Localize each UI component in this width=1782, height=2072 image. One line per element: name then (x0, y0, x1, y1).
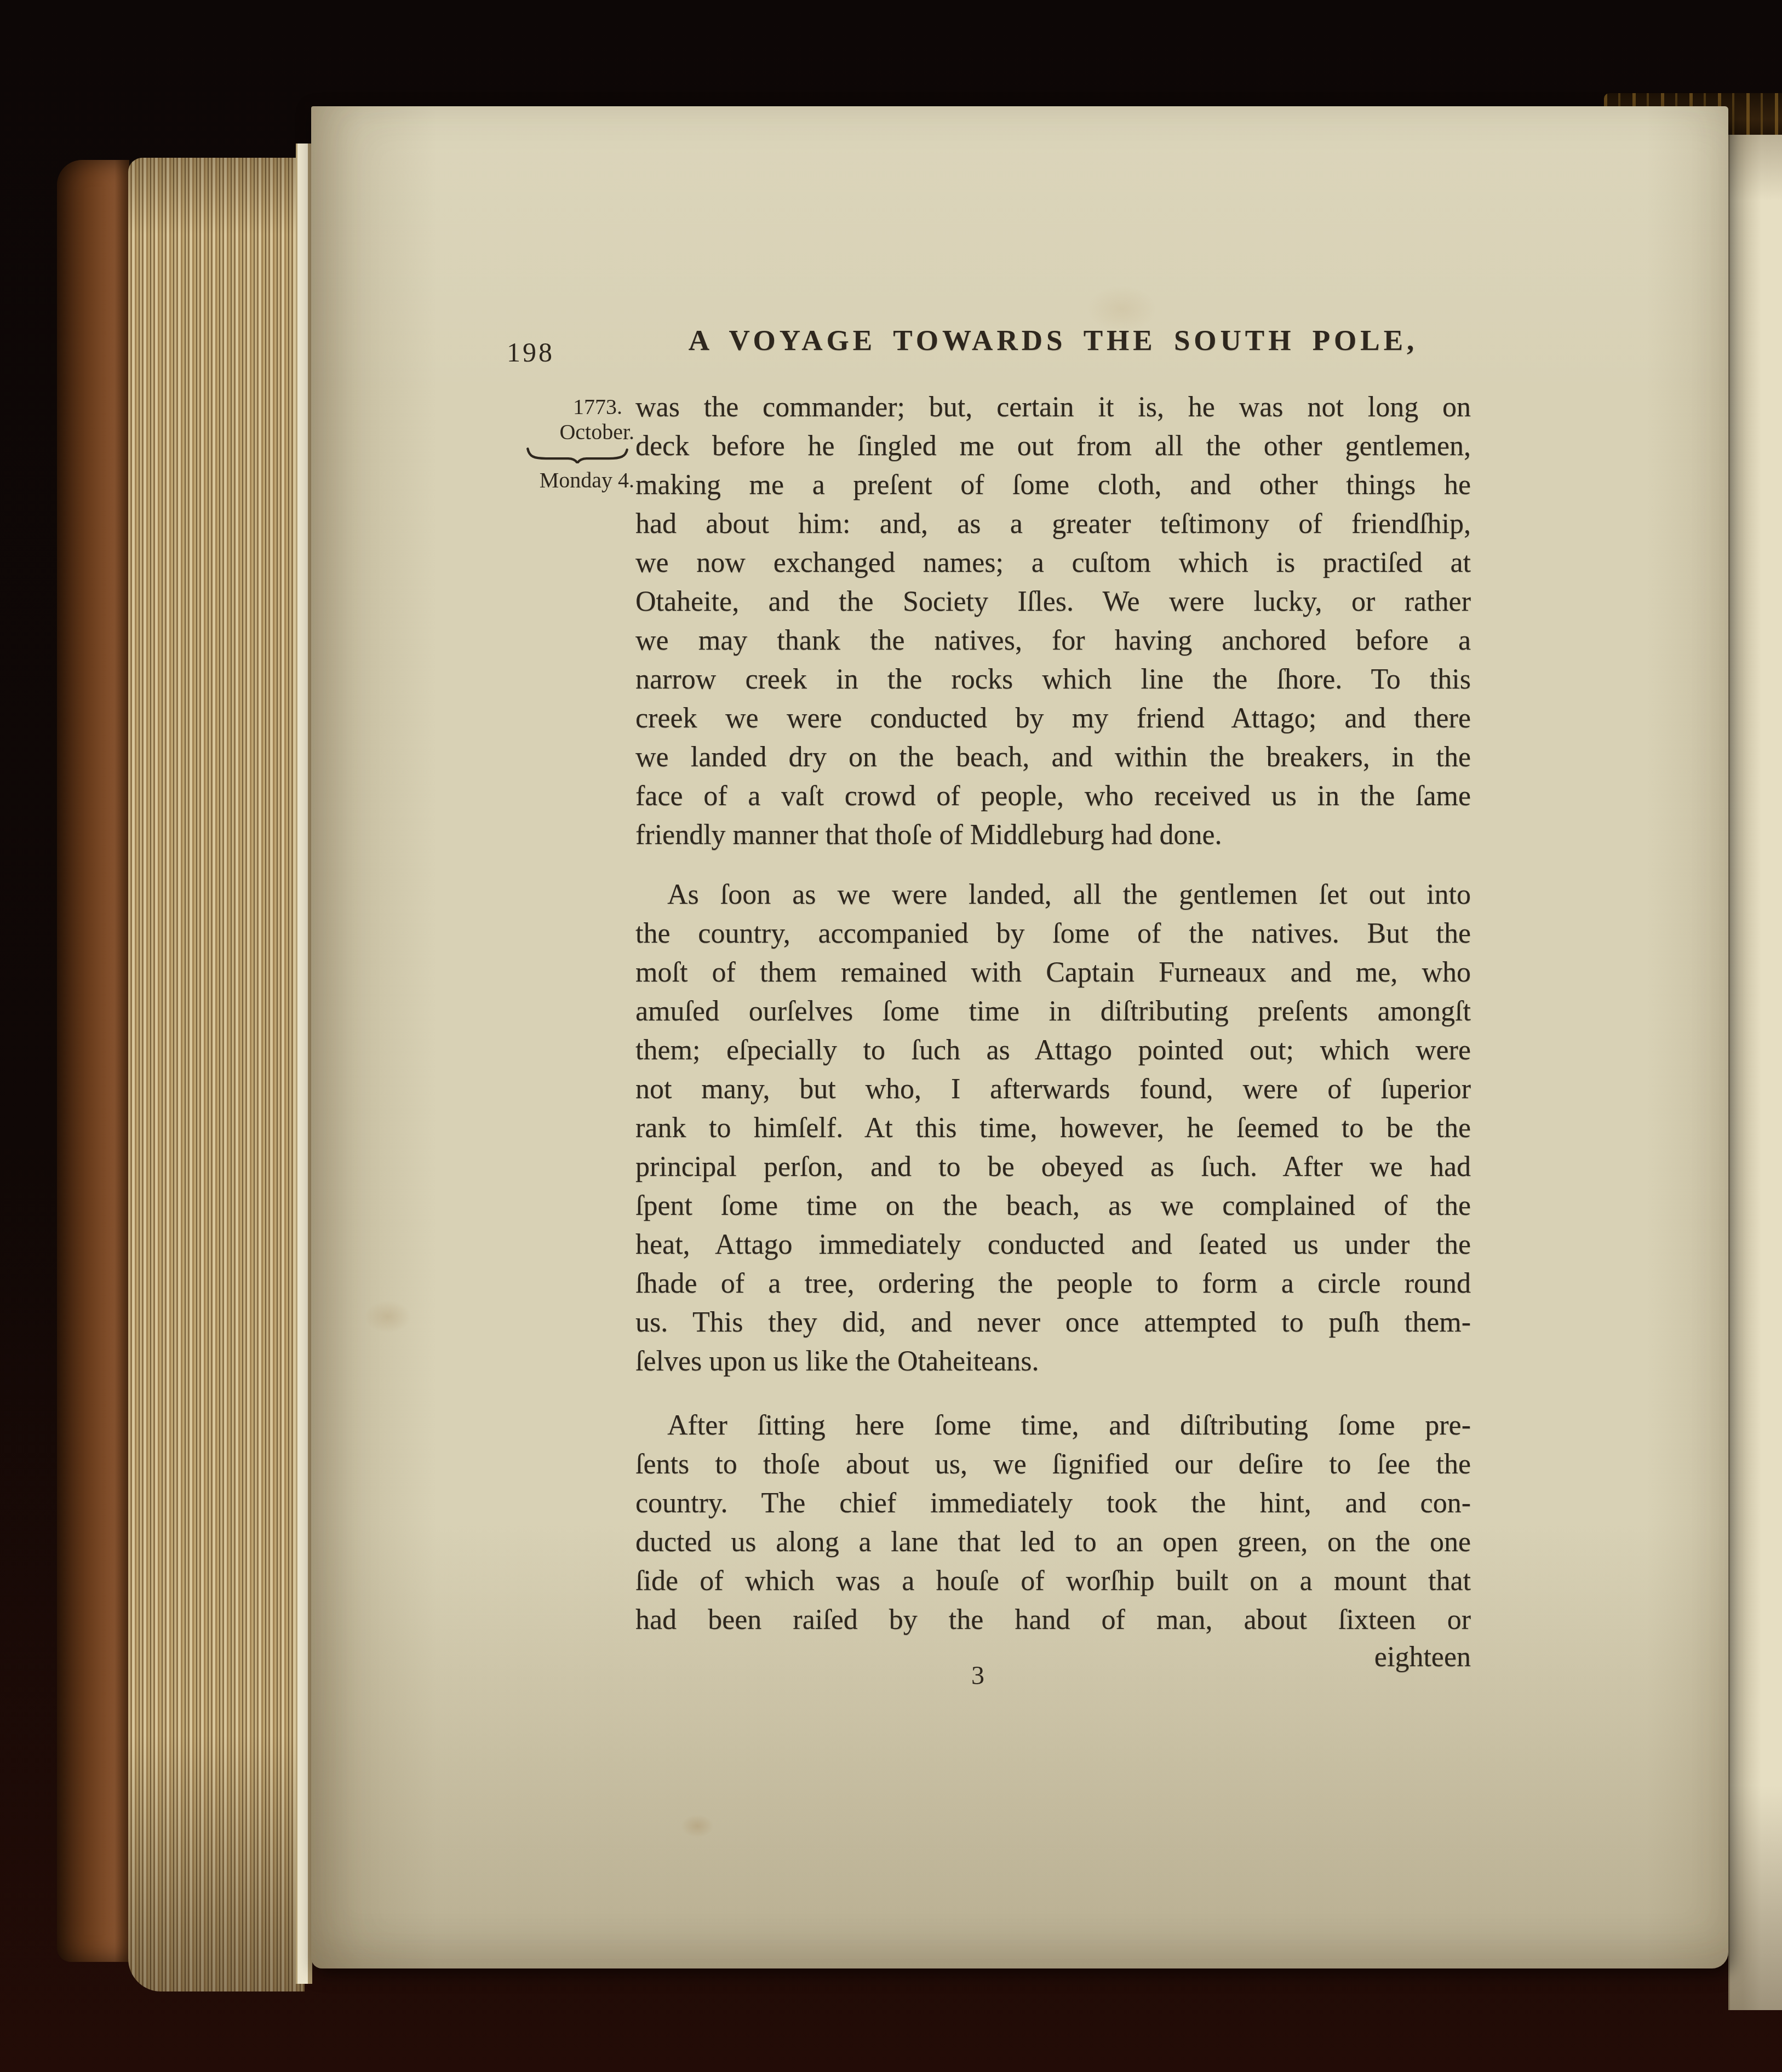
text-line: friendly manner that thoſe of Middleburg… (635, 816, 1471, 854)
text-line: not many, but who, I afterwards found, w… (635, 1070, 1471, 1109)
text-line: we now exchanged names; a cuſtom which i… (635, 543, 1471, 582)
text-line: ducted us along a lane that led to an op… (635, 1523, 1471, 1562)
paragraph: was the commander; but, certain it is, h… (635, 388, 1471, 854)
text-line: As ſoon as we were landed, all the gentl… (635, 875, 1471, 914)
text-line: country. The chief immediately took the … (635, 1484, 1471, 1523)
text-line: ſelves upon us like the Otaheiteans. (635, 1342, 1471, 1381)
text-line: heat, Attago immediately conducted and ſ… (635, 1225, 1471, 1264)
photo-backdrop: 198 A VOYAGE TOWARDS THE SOUTH POLE, 177… (0, 0, 1782, 2072)
text-line: amuſed ourſelves ſome time in diſtributi… (635, 992, 1471, 1031)
text-line: narrow creek in the rocks which line the… (635, 660, 1471, 699)
text-line: creek we were conducted by my friend Att… (635, 699, 1471, 738)
margin-day: Monday 4. (475, 468, 634, 493)
margin-month: October. (475, 420, 634, 445)
text-line: making me a preſent of ſome cloth, and o… (635, 466, 1471, 504)
text-line: Otaheite, and the Society Iſles. We were… (635, 582, 1471, 621)
text-line: face of a vaſt crowd of people, who rece… (635, 777, 1471, 816)
nearest-leaf-edge (296, 144, 312, 1984)
margin-date-note: 1773. October. Monday 4. (475, 394, 634, 493)
paragraph: As ſoon as we were landed, all the gentl… (635, 875, 1471, 1381)
page-edges-stack (128, 158, 305, 1991)
text-line: ſents to thoſe about us, we ſignified ou… (635, 1445, 1471, 1484)
signature-mark: 3 (635, 1661, 1320, 1691)
page-number: 198 (507, 336, 554, 368)
text-line: ſpent ſome time on the beach, as we comp… (635, 1186, 1471, 1225)
text-line: ſide of which was a houſe of worſhip bui… (635, 1562, 1471, 1600)
next-page-edge (1728, 135, 1782, 2010)
book-page: 198 A VOYAGE TOWARDS THE SOUTH POLE, 177… (311, 106, 1728, 1968)
text-line: ſhade of a tree, ordering the people to … (635, 1264, 1471, 1303)
text-line: us. This they did, and never once attemp… (635, 1303, 1471, 1342)
text-line: After ſitting here ſome time, and diſtri… (635, 1406, 1471, 1445)
book-spine-leather-edge (57, 160, 129, 1962)
text-line: had about him: and, as a greater teſtimo… (635, 504, 1471, 543)
body-text: was the commander; but, certain it is, h… (635, 388, 1471, 1639)
text-line: moſt of them remained with Captain Furne… (635, 953, 1471, 992)
margin-year: 1773. (475, 394, 634, 420)
text-line: principal perſon, and to be obeyed as ſu… (635, 1147, 1471, 1186)
paragraph: After ſitting here ſome time, and diſtri… (635, 1406, 1471, 1639)
text-line: them; eſpecially to ſuch as Attago point… (635, 1031, 1471, 1070)
text-line: we landed dry on the beach, and within t… (635, 738, 1471, 777)
text-line: the country, accompanied by ſome of the … (635, 914, 1471, 953)
text-line: had been raiſed by the hand of man, abou… (635, 1600, 1471, 1639)
text-line: was the commander; but, certain it is, h… (635, 388, 1471, 427)
text-line: deck before he ſingled me out from all t… (635, 427, 1471, 466)
running-title: A VOYAGE TOWARDS THE SOUTH POLE, (635, 324, 1471, 357)
date-brace-icon (520, 446, 634, 463)
text-line: rank to himſelf. At this time, however, … (635, 1109, 1471, 1147)
text-line: we may thank the natives, for having anc… (635, 621, 1471, 660)
